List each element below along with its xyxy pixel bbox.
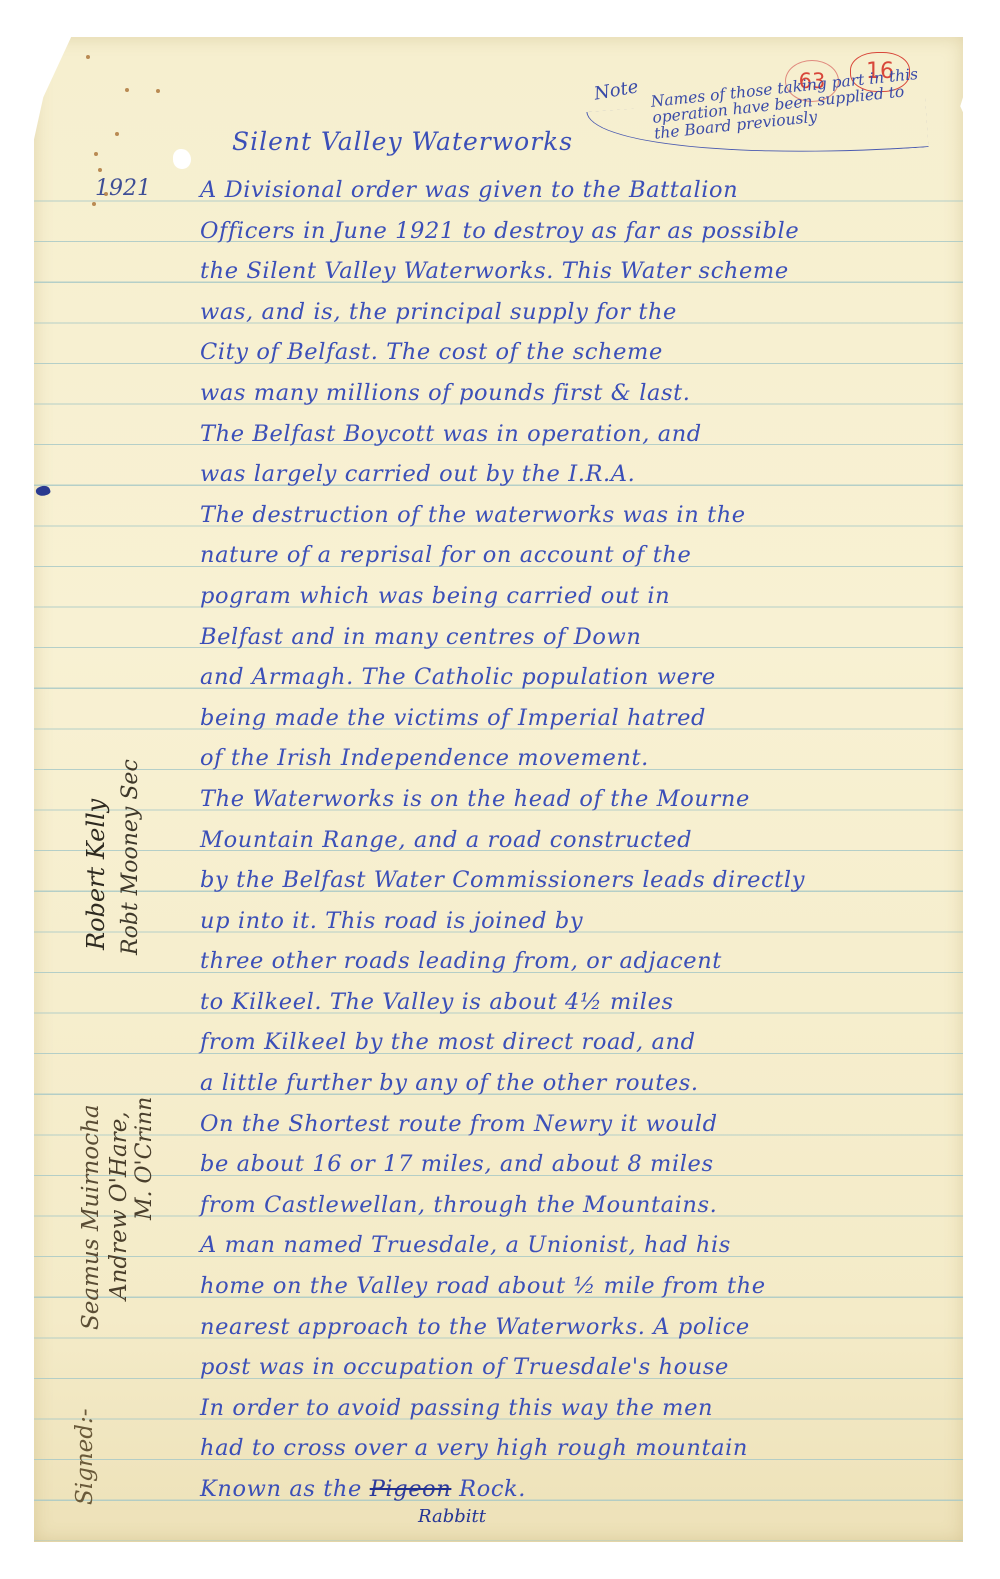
body-line: Belfast and in many centres of Down — [200, 617, 940, 658]
body-line: up into it. This road is joined by — [200, 901, 940, 942]
struck-word: Pigeon — [370, 1476, 452, 1502]
document-title: Silent Valley Waterworks — [232, 127, 573, 156]
last-line-prefix: Known as the — [200, 1476, 362, 1502]
body-line: was many millions of pounds first & last… — [200, 373, 940, 414]
body-line: Mountain Range, and a road constructed — [200, 820, 940, 861]
signature-line-2: Andrew O'Hare, — [106, 1111, 132, 1300]
body-line: had to cross over a very high rough moun… — [200, 1428, 940, 1469]
body-line: post was in occupation of Truesdale's ho… — [200, 1347, 940, 1388]
signature-robt-mooney: Robt Mooney Sec — [118, 759, 143, 955]
foxing-spot — [98, 168, 102, 172]
foxing-spot — [92, 202, 96, 206]
body-line: The Waterworks is on the head of the Mou… — [200, 779, 940, 820]
body-line: three other roads leading from, or adjac… — [200, 941, 940, 982]
body-line: to Kilkeel. The Valley is about 4½ miles — [200, 982, 940, 1023]
body-line: The Belfast Boycott was in operation, an… — [200, 414, 940, 455]
punch-hole — [173, 149, 191, 169]
body-line: from Kilkeel by the most direct road, an… — [200, 1022, 940, 1063]
inserted-correction: Rabbitt — [418, 1506, 486, 1527]
body-line-last: Known as the Pigeon Rock. — [200, 1469, 940, 1510]
body-line: On the Shortest route from Newry it woul… — [200, 1104, 940, 1145]
body-line: home on the Valley road about ½ mile fro… — [200, 1266, 940, 1307]
body-line: In order to avoid passing this way the m… — [200, 1388, 940, 1429]
body-line: City of Belfast. The cost of the scheme — [200, 332, 940, 373]
body-line: A man named Truesdale, a Unionist, had h… — [200, 1225, 940, 1266]
body-line: of the Irish Independence movement. — [200, 738, 940, 779]
body-line: Officers in June 1921 to destroy as far … — [200, 211, 940, 252]
foxing-spot — [156, 89, 160, 93]
body-line: and Armagh. The Catholic population were — [200, 657, 940, 698]
body-line: pogram which was being carried out in — [200, 576, 940, 617]
foxing-spot — [86, 55, 90, 59]
body-line: was largely carried out by the I.R.A. — [200, 454, 940, 495]
signature-line-1: Seamus Muirnocha — [78, 1104, 104, 1330]
body-line: A Divisional order was given to the Batt… — [200, 170, 940, 211]
last-line-suffix: Rock. — [459, 1476, 526, 1502]
foxing-spot — [125, 88, 129, 92]
body-line: by the Belfast Water Commissioners leads… — [200, 860, 940, 901]
body-line: nature of a reprisal for on account of t… — [200, 535, 940, 576]
body-line: was, and is, the principal supply for th… — [200, 292, 940, 333]
body-line: a little further by any of the other rou… — [200, 1063, 940, 1104]
body-line: nearest approach to the Waterworks. A po… — [200, 1307, 940, 1348]
body-line: being made the victims of Imperial hatre… — [200, 698, 940, 739]
foxing-spot — [115, 132, 119, 136]
foxing-spot — [94, 152, 98, 156]
body-line: The destruction of the waterworks was in… — [200, 495, 940, 536]
body-line: be about 16 or 17 miles, and about 8 mil… — [200, 1144, 940, 1185]
signature-robert-kelly: Robert Kelly — [82, 799, 110, 950]
signed-label: Signed:- — [72, 1408, 98, 1505]
signature-line-3: M. O'Crinn — [132, 1097, 157, 1220]
margin-year: 1921 — [95, 176, 151, 201]
body-text: A Divisional order was given to the Batt… — [200, 170, 940, 1510]
body-line: from Castlewellan, through the Mountains… — [200, 1185, 940, 1226]
body-line: the Silent Valley Waterworks. This Water… — [200, 251, 940, 292]
